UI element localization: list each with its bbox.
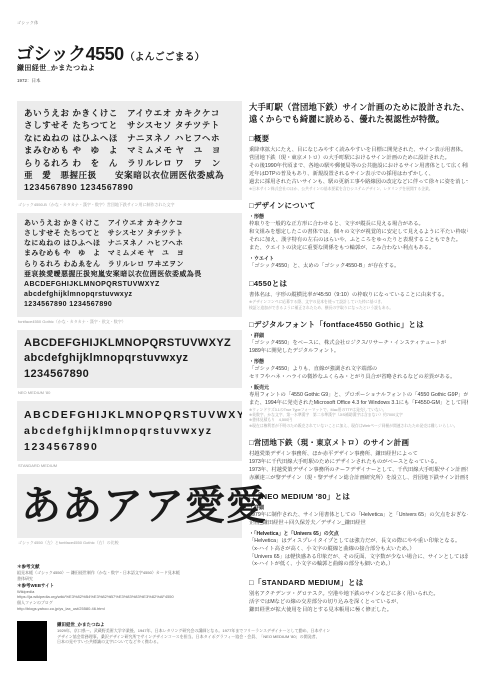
web-reference-line: http://blogs.yahoo.co.jp/ys_lax_ust/2558…: [17, 606, 467, 612]
article-line: □「NEO MEDIUM '80」とは: [249, 491, 468, 502]
specimen-row: あいうえお かきくけこ アイウエオ カキクケコ: [24, 219, 235, 229]
specimen-block-neo-medium: ABCDEFGHIJKLMNOPQRSTUVWXYZabcdefghijklmn…: [17, 330, 242, 389]
article-line: 企画_鎌田経世＋回久保芳夫／デザイン_鎌田経世: [249, 520, 468, 528]
specimen-row: ABCDEFGHIJKLMNOPQRSTUVWXYZ: [24, 336, 235, 352]
specimen-block-regular: あいうえお かきくけこ アイウエオ カキクケコさしすせそ たちつてと サシスセソ…: [17, 213, 242, 317]
specimen-row: ABCDEFGHIJKLMNOPQRSTUVWXYZ: [24, 407, 235, 423]
article-line: ※現在は権利者が不明のため販売されていないことに加え、現存はWebページ同梱が関…: [249, 424, 468, 429]
specimen-block-bold: あいうえお かきくけこ アイウエオ カキクケコさしすせそ たちつてと サシスセソ…: [17, 101, 242, 200]
lead-paragraph: 大手町駅（営団地下鉄）サイン計画のために設計された、サイン用書体。遠くからでも綺…: [249, 101, 468, 125]
article-line: ・ウエイト: [249, 256, 468, 263]
article-line: 1973年に千代田線大手町駅のためにデザインされたものがベースとなっている。: [249, 459, 468, 467]
specimen-row: らりるれろ わ を ん ラリルレロ ワ ヲ ン: [24, 157, 235, 169]
bio-name: 鎌田経世_かまたつねよ: [57, 621, 330, 628]
article-line: 専用フォントの「4550 Gothic G9」と、プロポーショナルフォントの「4…: [249, 392, 468, 400]
article-line: ・詳細: [249, 505, 468, 512]
year-origin: 1972：日本: [17, 78, 41, 84]
article-line: （x-ハイト高さが高く、小文字の縦線と曲線の接合部分も太いため。）: [249, 546, 468, 554]
specimen-caption: STANDARD MEDIUM: [18, 463, 242, 468]
specimen-row: ABCDEFGHIJKLMNOPQRSTUVWXYZ: [24, 280, 235, 290]
article-line: 営団地下鉄（現・東京メトロ）の大手町駅におけるサイン計画のために設計された。: [249, 155, 468, 163]
specimen-row: 1234567890 1234567890: [24, 181, 235, 193]
article-line: 1979年に制作された、サイン用書体としての「Helvetica」と「Unive…: [249, 512, 468, 520]
article-line: □概要: [249, 133, 468, 144]
specimen-column: あいうえお かきくけこ アイウエオ カキクケコさしすせそ たちつてと サシスセソ…: [17, 101, 242, 551]
specimen-row: 亜 愛 悪握圧扱 安案暗以衣位囲医依委威為: [24, 169, 235, 181]
web-references-list: Wikipediahttps://ja.wikipedia.org/wiki/%…: [17, 589, 467, 612]
designer-name: 鎌田経世_かまたつねよ: [17, 63, 95, 73]
article-line: 1989年に開発したデジタルフォント。: [249, 348, 468, 356]
portrait-photo: [17, 621, 47, 661]
specimen-row: あいうえお かきくけこ アイウエオ カキクケコ: [24, 107, 235, 119]
specimen-row: 1234567890 1234567890: [24, 300, 235, 310]
article-line: 「Helvetica」はディスプレイタイプとしては強力だが、長文の際にやや重い印…: [249, 538, 468, 546]
article-line: □営団地下鉄（現・東京メトロ）のサイン計画: [249, 437, 468, 448]
web-references-heading: ＊参考WEBサイト: [17, 582, 467, 589]
specimen-row: まみむめも や ゆ よ マミムメモ ヤ ユ ヨ: [24, 249, 235, 259]
article-line: 「ゴシック4550」をベースに、株式会社ロジクス/リサーチ・インスティテュートが: [249, 340, 468, 348]
bio-text: 鎌田経世_かまたつねよ 1929年、京口県ー。武蔵野美術大学卒業後、1947年、…: [57, 621, 330, 661]
article-line: 乗降車拡大にたえ、目になじみやすく読みやすいを目標に開発された、サイン表示用書体…: [249, 147, 468, 155]
article-line: また、ウエイトの決定に重要な関係をもつ輪郭が、こみ合わない利点もある。: [249, 245, 468, 253]
article-line: 和文組みを想定したこの書体では、個々の文字が視覚的に安定して見えるように平たい枠…: [249, 229, 468, 237]
specimen-row: abcdefghijklmnopqrstuvwxyz: [24, 423, 235, 439]
specimen-caption: ゴシック4550-B（かな・カタカナ・漢字・数字）営団地下鉄サイン用に制作された…: [18, 202, 242, 207]
references-heading: ＊参考文献: [17, 563, 467, 570]
article-line: 赤瀬達三が黎デザイン（現・黎デザイン総合計画研究所）を設立し、営団地下鉄サイン計…: [249, 475, 468, 483]
article-line: 枠取りを一般的な正方形に合わせると、文字が縦長に見える場合がある。: [249, 221, 468, 229]
lead-line: 大手町駅（営団地下鉄）サイン計画のために設計された、サイン用書体。: [249, 101, 468, 113]
bio-line: 1929年、京口県ー。武蔵野美術大学卒業後、1947年、日本レタリング研究会の講…: [57, 628, 330, 634]
specimen-block-standard-medium: ABCDEFGHIJKLMNOPQRSTUVWXYZabcdefghijklmn…: [17, 401, 242, 461]
specimen-page: ゴシック体 ゴシック4550（よんごごまる） 鎌田経世_かまたつねよ 1972：…: [0, 0, 481, 680]
specimen-row: abcdefghijklmnopqrstuvwxyz: [24, 290, 235, 300]
article-line: セリフやハネ・ハライの微妙なふくらみ・とがり具合が省略されるなどの差異がある。: [249, 374, 468, 382]
article-line: 過去に採用された古いサインも、駅の更新工事や路線図の改定などに伴って徐々に姿を消…: [249, 179, 468, 187]
bio-lines: 1929年、京口県ー。武蔵野美術大学卒業後、1947年、日本レタリング研究会の講…: [57, 628, 330, 645]
article-line: また、1994年に発売されたMicrosoft Office 4.3 for W…: [249, 400, 468, 408]
specimen-caption: NEO MEDIUM '80: [18, 390, 242, 395]
article-line: □4550とは: [249, 278, 468, 289]
specimen-row: らりるれろ わゐゑをん ラリルレロ ワヰヱヲン: [24, 260, 235, 270]
typeface-reading: （よんごごまる）: [125, 52, 205, 63]
references-list: 組見本帳（ゴシック4550）ー 鎌田経世制作（かな・数字・日本語文字4550）カ…: [17, 570, 467, 582]
footer: ＊参考文献 組見本帳（ゴシック4550）ー 鎌田経世制作（かな・数字・日本語文字…: [17, 563, 467, 661]
article-line: 「ゴシック4550」と、太めの「ゴシック4550-B」が存在する。: [249, 263, 468, 271]
article-line: 村越愛策デザイン事務所、ほか赤平デザイン事務所、鎌田経世によって: [249, 451, 468, 459]
specimen-row: さしすせそ たちつてと サシスセソ タチツテト: [24, 229, 235, 239]
specimen-row: 1234567890: [24, 367, 235, 383]
article-line: 検証と追加ができるように補正されたため、横長の字取りになったという説もある。: [249, 306, 468, 311]
article-line: それに加え、漢字特有の左右のはらいや、ふところをゆったりと表現することもできた。: [249, 237, 468, 245]
specimen-row: さしすせそ たちつてと サシスセソ タチツテト: [24, 119, 235, 131]
article-line: ・形態: [249, 359, 468, 366]
article-line: 近年はDTPの普及もあり、新規設置されるサイン表示での採用はわずかしく、: [249, 171, 468, 179]
bio-line: 日本の見やすい公共標識の文字についてなど多く携わる。: [57, 639, 330, 645]
article-line: ・「Helvetica」と「Univers 65」の欠点: [249, 531, 468, 538]
category-label: ゴシック体: [17, 20, 38, 26]
specimen-row: 亜哀挨愛曖悪握圧扱宛嵐安案暗以衣位囲医依委威為畏: [24, 270, 235, 280]
designer-bio: 鎌田経世_かまたつねよ 1929年、京口県ー。武蔵野美術大学卒業後、1947年、…: [17, 621, 467, 661]
article-column: 大手町駅（営団地下鉄）サイン計画のために設計された、サイン用書体。遠くからでも綺…: [249, 101, 468, 615]
article-line: ・形態: [249, 214, 468, 221]
specimen-row: 1234567890: [24, 439, 235, 455]
specimen-caption: fontface4550 Gothic（かな・カタカナ・漢字・欧文・数字）: [18, 319, 242, 324]
specimen-row: abcdefghijklmnopqrstuvwxyz: [24, 351, 235, 367]
article-line: ※日本サイン株式会社のほか、公共サインの基本要素を含むシステムデザイン、レタリン…: [249, 187, 468, 192]
article-line: ・販売元: [249, 385, 468, 392]
specimen-row: まみむめも や ゆ よ マミムメモ ヤ ユ ヨ: [24, 144, 235, 156]
article-line: □デジタルフォント「fontface4550 Gothic」とは: [249, 319, 468, 330]
display-glyphs: ああアア愛愛: [21, 480, 238, 532]
lead-line: 遠くからでも綺麗に読める、優れた視認性が特徴。: [249, 113, 468, 125]
typeface-name: ゴシック4550: [16, 44, 124, 64]
article-line: その後1990年代頃まで、各地の駅や郵便局等の公共施設におけるサイン用書体として…: [249, 163, 468, 171]
article-line: 1973年、村越愛策デザイン事務所のチーフデザイナーとして、千代田線大手町駅サイ…: [249, 467, 468, 475]
article-sections: □概要乗降車拡大にたえ、目になじみやすく読みやすいを目標に開発された、サイン表示…: [249, 133, 468, 615]
display-caption: ゴシック4550（左）とfontface4550 Gothic（右）の比較: [18, 540, 242, 545]
article-line: □デザインについて: [249, 200, 468, 211]
article-line: 「ゴシック4550」よりも、直線が強調され文字端部の: [249, 366, 468, 374]
specimen-row: なにぬねの はひふへほ ナニヌネノ ハヒフヘホ: [24, 239, 235, 249]
display-specimen: ああアア愛愛: [17, 474, 242, 538]
specimen-row: なにぬねの はひふへほ ナニヌネノ ハヒフヘホ: [24, 132, 235, 144]
